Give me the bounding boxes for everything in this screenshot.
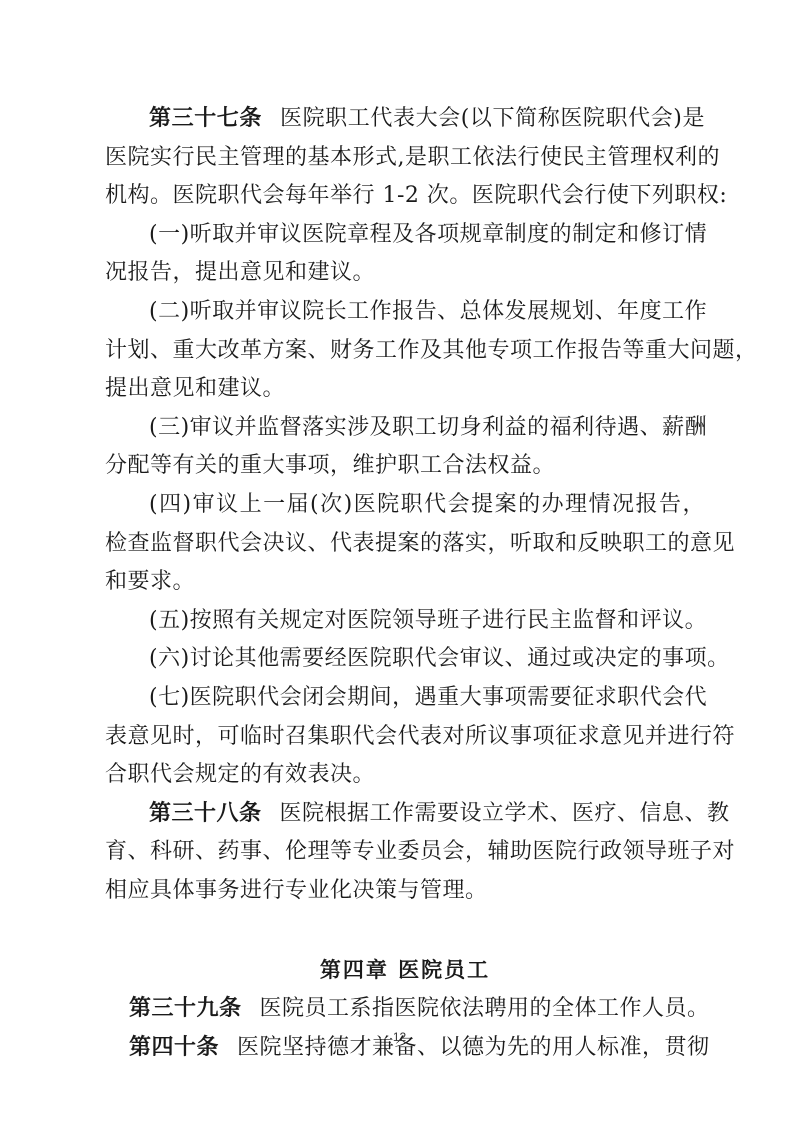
article-38-line-3: 相应具体事务进行专业化决策与管理。 [105, 872, 705, 911]
article-38-label: 第三十八条 [149, 801, 262, 826]
chapter-spacer [105, 910, 705, 950]
document-page: 第三十七条医院职工代表大会(以下简称医院职代会)是 医院实行民主管理的基本形式,… [105, 100, 705, 1068]
item-7-line-3: 合职代会规定的有效表决。 [105, 756, 705, 795]
chapter-4-title: 第四章 医院员工 [105, 950, 705, 990]
article-37-line-3: 机构。医院职代会每年举行 1-2 次。医院职代会行使下列职权: [105, 177, 705, 216]
item-3-line-1: (三)审议并监督落实涉及职工切身利益的福利待遇、薪酬 [105, 409, 705, 448]
item-4-line-1: (四)审议上一届(次)医院职代会提案的办理情况报告， [105, 486, 705, 525]
item-1-line-2: 况报告，提出意见和建议。 [105, 254, 705, 293]
item-3-line-2: 分配等有关的重大事项，维护职工合法权益。 [105, 447, 705, 486]
item-2-line-1: (二)听取并审议院长工作报告、总体发展规划、年度工作 [105, 293, 705, 332]
article-37-line-1: 第三十七条医院职工代表大会(以下简称医院职代会)是 [105, 100, 705, 139]
item-1-line-1: (一)听取并审议医院章程及各项规章制度的制定和修订情 [105, 216, 705, 255]
article-39-label: 第三十九条 [129, 996, 242, 1021]
item-5-line-1: (五)按照有关规定对医院领导班子进行民主监督和评议。 [105, 602, 705, 641]
article-37-label: 第三十七条 [149, 106, 262, 131]
article-38-line-1: 第三十八条医院根据工作需要设立学术、医疗、信息、教 [105, 795, 705, 834]
article-39-line-1: 第三十九条医院员工系指医院依法聘用的全体工作人员。 [105, 990, 705, 1029]
item-2-line-3: 提出意见和建议。 [105, 370, 705, 409]
item-6-line-1: (六)讨论其他需要经医院职代会审议、通过或决定的事项。 [105, 640, 705, 679]
item-4-line-3: 和要求。 [105, 563, 705, 602]
item-4-line-2: 检查监督职代会决议、代表提案的落实，听取和反映职工的意见 [105, 525, 705, 564]
article-37-line-2: 医院实行民主管理的基本形式,是职工依法行使民主管理权利的 [105, 139, 705, 178]
article-38-line-2: 育、科研、药事、伦理等专业委员会，辅助医院行政领导班子对 [105, 833, 705, 872]
page-number: 12 [0, 1030, 799, 1044]
item-7-line-2: 表意见时，可临时召集职代会代表对所议事项征求意见并进行符 [105, 718, 705, 757]
item-7-line-1: (七)医院职代会闭会期间，遇重大事项需要征求职代会代 [105, 679, 705, 718]
item-2-line-2: 计划、重大改革方案、财务工作及其他专项工作报告等重大问题， [105, 332, 705, 371]
